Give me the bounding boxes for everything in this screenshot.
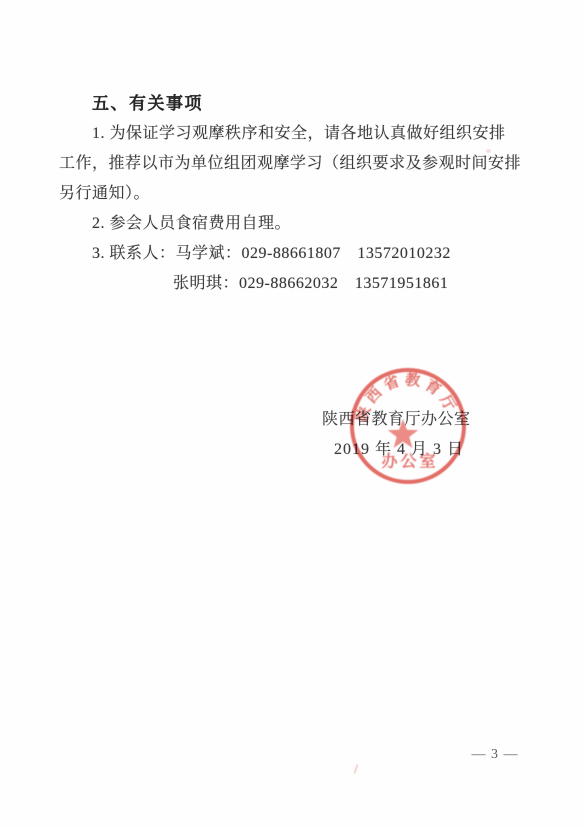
list-item-1-line-2: 工作，推荐以市为单位组团观摩学习（组织要求及参观时间安排 — [59, 149, 521, 179]
list-item-1-line-3: 另行通知）。 — [59, 179, 521, 209]
scan-speck — [353, 764, 358, 774]
document-body: 五、有关事项 1. 为保证学习观摩秩序和安全，请各地认真做好组织安排 工作，推荐… — [59, 89, 521, 299]
seal-star-icon — [388, 419, 418, 448]
seal-arc-char: 教 — [404, 371, 422, 390]
page-number: — 3 — — [455, 745, 535, 765]
scan-speck — [486, 149, 491, 153]
list-item-3-contact-2: 张明琪：029-88662032 13571951861 — [59, 269, 521, 299]
section-heading: 五、有关事项 — [59, 89, 521, 119]
seal-bottom-text: 办公室 — [381, 452, 438, 471]
list-item-1-line-1: 1. 为保证学习观摩秩序和安全，请各地认真做好组织安排 — [59, 119, 521, 149]
list-item-3-contact-1: 3. 联系人：马学斌：029-88661807 13572010232 — [59, 239, 521, 269]
official-seal: 陕 西 省 教 育 厅 办公室 — [333, 351, 483, 501]
list-item-2: 2. 参会人员食宿费用自理。 — [59, 209, 521, 239]
document-page: 五、有关事项 1. 为保证学习观摩秩序和安全，请各地认真做好组织安排 工作，推荐… — [0, 0, 586, 827]
